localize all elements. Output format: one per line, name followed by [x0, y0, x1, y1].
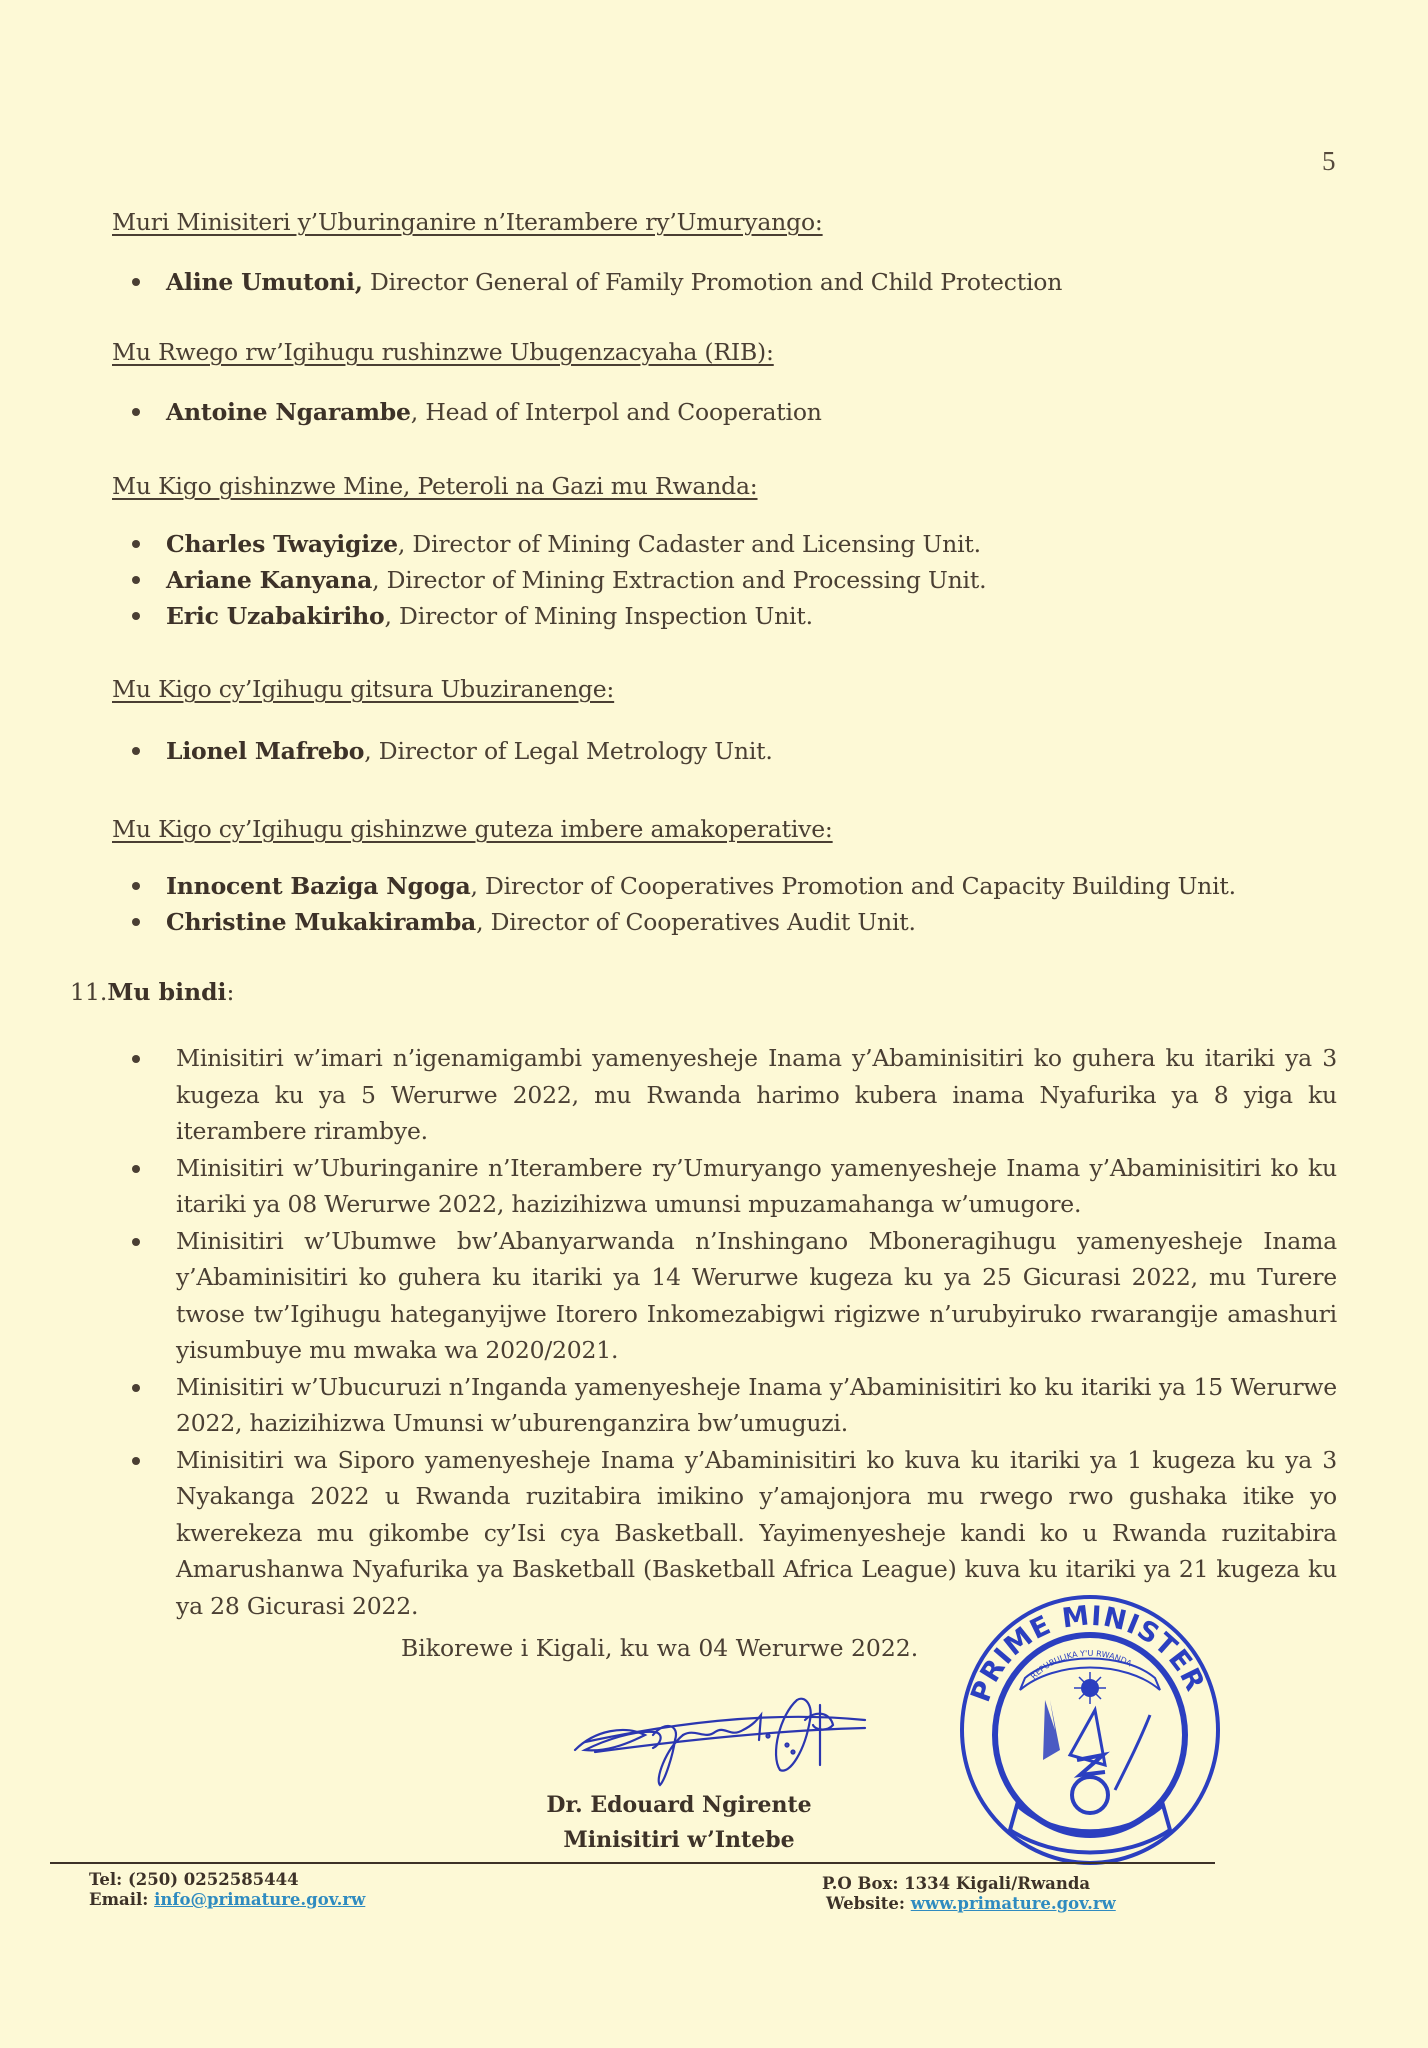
- section-heading-rib: Mu Rwego rw’Igihugu rushinzwe Ubugenzacy…: [112, 338, 774, 366]
- appointee-name: Lionel Mafrebo: [166, 737, 364, 765]
- list-item: Minisitiri w’Uburinganire n’Iterambere r…: [132, 1150, 1337, 1223]
- item-number: 11.: [70, 978, 107, 1006]
- appointee-name: Innocent Baziga Ngoga: [166, 872, 470, 900]
- signer-title: Minisitiri w’Intebe: [534, 1827, 824, 1853]
- appointee-role: , Director of Mining Cadaster and Licens…: [398, 530, 981, 558]
- signer-name: Dr. Edouard Ngirente: [534, 1792, 824, 1818]
- section-heading-cooperatives-agency: Mu Kigo cy’Igihugu gishinzwe guteza imbe…: [112, 815, 833, 843]
- footer-divider: [50, 1862, 1215, 1864]
- paragraph-text: Minisitiri w’Uburinganire n’Iterambere r…: [176, 1154, 1337, 1219]
- bullet-icon: [132, 882, 140, 890]
- other-matters-list: Minisitiri w’imari n’igenamigambi yameny…: [132, 1040, 1337, 1624]
- list-item: Minisitiri w’imari n’igenamigambi yameny…: [132, 1040, 1337, 1150]
- item-11-heading: 11.Mu bindi:: [70, 978, 234, 1006]
- bullet-icon: [132, 747, 140, 755]
- appointee-role: Director General of Family Promotion and…: [363, 268, 1062, 296]
- signature-icon: [565, 1680, 885, 1790]
- list-item: Antoine Ngarambe, Head of Interpol and C…: [132, 398, 822, 426]
- footer-website-line: Website: www.primature.gov.rw: [822, 1894, 1116, 1914]
- footer-tel: Tel: (250) 0252585444: [89, 1870, 365, 1890]
- section-heading-gender-ministry: Muri Minisiteri y’Uburinganire n’Iteramb…: [112, 208, 823, 236]
- bullet-icon: [132, 1055, 140, 1063]
- paragraph-text: Minisitiri w’Ubumwe bw’Abanyarwanda n’In…: [176, 1227, 1337, 1365]
- list-item: Charles Twayigize, Director of Mining Ca…: [132, 530, 981, 558]
- list-item: Ariane Kanyana, Director of Mining Extra…: [132, 566, 986, 594]
- appointee-role: , Director of Mining Extraction and Proc…: [372, 566, 986, 594]
- appointee-role: , Head of Interpol and Cooperation: [411, 398, 822, 426]
- appointee-name: Eric Uzabakiriho: [166, 602, 385, 630]
- bullet-icon: [132, 1384, 140, 1392]
- bullet-icon: [132, 1457, 140, 1465]
- paragraph-text: Minisitiri w’Ubucuruzi n’Inganda yamenye…: [176, 1373, 1337, 1438]
- bullet-icon: [132, 540, 140, 548]
- list-item: Christine Mukakiramba, Director of Coope…: [132, 908, 916, 936]
- item-colon: :: [226, 978, 234, 1006]
- bullet-icon: [132, 612, 140, 620]
- appointee-name: Christine Mukakiramba: [166, 908, 476, 936]
- page-number: 5: [1322, 146, 1336, 177]
- footer-contact-right: P.O Box: 1334 Kigali/Rwanda Website: www…: [822, 1874, 1116, 1914]
- appointee-name: Ariane Kanyana: [166, 566, 372, 594]
- section-heading-standards-board: Mu Kigo cy’Igihugu gitsura Ubuziranenge:: [112, 675, 614, 703]
- bullet-icon: [132, 1165, 140, 1173]
- appointee-role: , Director of Mining Inspection Unit.: [385, 602, 813, 630]
- appointee-role: , Director of Cooperatives Promotion and…: [470, 872, 1235, 900]
- list-item: Minisitiri w’Ubucuruzi n’Inganda yamenye…: [132, 1369, 1337, 1442]
- appointee-name: Antoine Ngarambe: [166, 398, 411, 426]
- email-link[interactable]: info@primature.gov.rw: [154, 1890, 365, 1909]
- list-item: Eric Uzabakiriho, Director of Mining Ins…: [132, 602, 813, 630]
- bullet-icon: [132, 576, 140, 584]
- website-link[interactable]: www.primature.gov.rw: [911, 1894, 1116, 1913]
- bullet-icon: [132, 918, 140, 926]
- footer-pobox: P.O Box: 1334 Kigali/Rwanda: [822, 1874, 1116, 1894]
- appointee-name: Aline Umutoni,: [166, 268, 363, 296]
- list-item: Minisitiri w’Ubumwe bw’Abanyarwanda n’In…: [132, 1223, 1337, 1369]
- list-item: Lionel Mafrebo, Director of Legal Metrol…: [132, 737, 773, 765]
- list-item: Innocent Baziga Ngoga, Director of Coope…: [132, 872, 1236, 900]
- email-label: Email:: [89, 1890, 154, 1909]
- appointee-role: , Director of Legal Metrology Unit.: [364, 737, 772, 765]
- item-title: Mu bindi: [107, 978, 226, 1006]
- footer-contact-left: Tel: (250) 0252585444 Email: info@primat…: [89, 1870, 365, 1910]
- appointee-name: Charles Twayigize: [166, 530, 398, 558]
- prime-minister-stamp-icon: PRIME MINISTER REPUBULIKA Y'U RWANDA: [955, 1590, 1225, 1870]
- list-item: Aline Umutoni, Director General of Famil…: [132, 268, 1062, 296]
- website-label: Website:: [826, 1894, 911, 1913]
- section-heading-mines-board: Mu Kigo gishinzwe Mine, Peteroli na Gazi…: [112, 472, 758, 500]
- place-and-date: Bikorewe i Kigali, ku wa 04 Werurwe 2022…: [401, 1634, 918, 1662]
- appointee-role: , Director of Cooperatives Audit Unit.: [476, 908, 916, 936]
- footer-email-line: Email: info@primature.gov.rw: [89, 1890, 365, 1910]
- bullet-icon: [132, 278, 140, 286]
- bullet-icon: [132, 1238, 140, 1246]
- bullet-icon: [132, 408, 140, 416]
- paragraph-text: Minisitiri w’imari n’igenamigambi yameny…: [176, 1044, 1337, 1145]
